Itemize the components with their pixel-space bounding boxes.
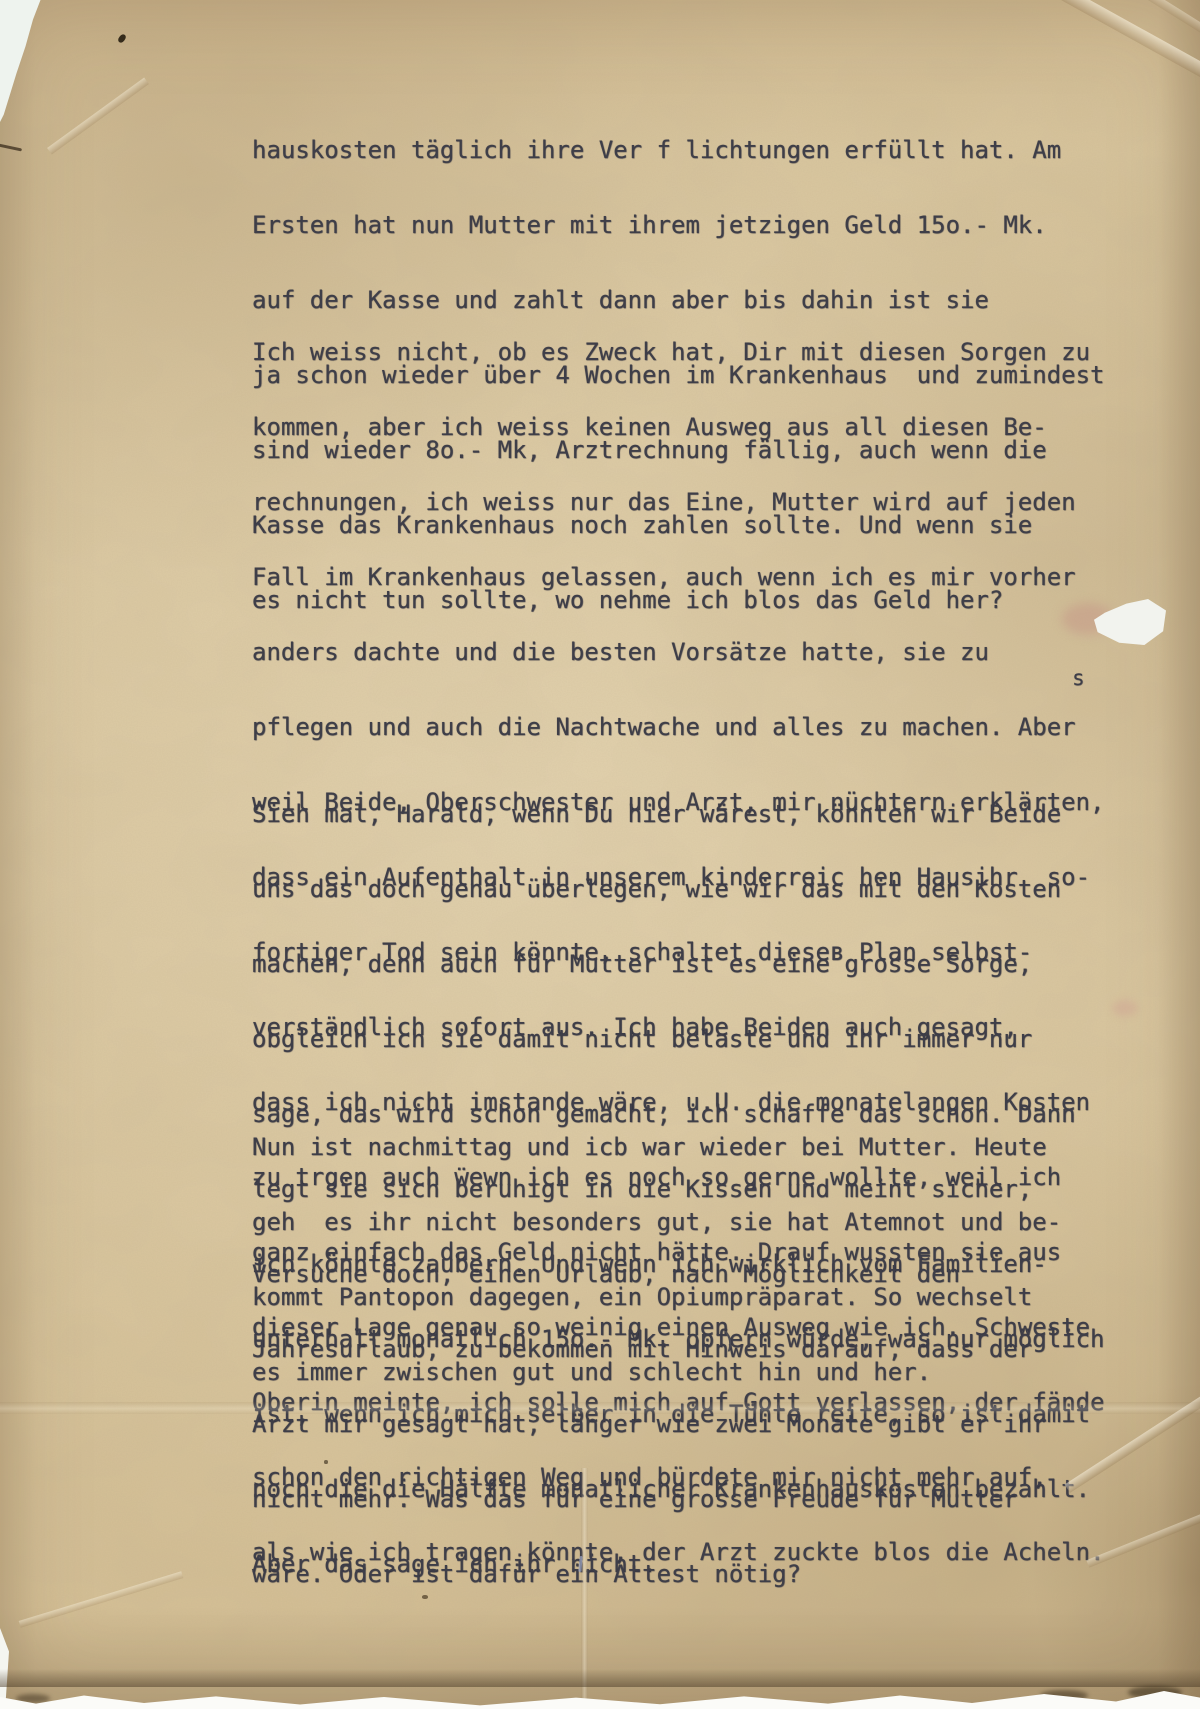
letter-line: Fall im Krankenhaus gelassen, auch wenn … — [252, 565, 1105, 590]
letter-line: Arzt mir gesagt hat, länger wie zwei Mon… — [252, 1412, 1047, 1437]
letter-line: Versuche doch, einen Urlaub, nach Möglic… — [252, 1262, 1047, 1287]
letter-line: uns das doch genau überlegen, wie wir da… — [252, 877, 1105, 902]
pink-smudge-small — [1112, 1000, 1138, 1016]
letter-line: anders dachte und die besten Vorsätze ha… — [252, 640, 1105, 665]
letter-line: hauskosten täglich ihre Ver f lichtungen… — [252, 138, 1105, 163]
letter-line: pflegen und auch die Nachtwache und alle… — [252, 715, 1105, 740]
bottom-edge-shadow — [0, 1669, 1200, 1687]
letter-line: Nun ist nachmittag und icb war wieder be… — [252, 1135, 1061, 1160]
letter-text-layer: hauskosten täglich ihre Ver f lichtungen… — [0, 0, 1200, 1709]
paper-speck — [422, 1595, 428, 1599]
paragraph-vacation-request: Versuche doch, einen Urlaub, nach Möglic… — [252, 1212, 1047, 1637]
letter-line: obgleich ich sie damit nicht belaste und… — [252, 1027, 1105, 1052]
letter-line: machen, denn auch für Mutter ist es eine… — [252, 952, 1105, 977]
letter-line: Sieh mal, Harald, wenn Du hier wärest, k… — [252, 802, 1105, 827]
letter-line: nicht mehr. Was das für eine grosse Freu… — [252, 1487, 1047, 1512]
letter-line: Ich weiss nicht, ob es Zweck hat, Dir mi… — [252, 340, 1105, 365]
letter-line: rechnungen, ich weiss nur das Eine, Mutt… — [252, 490, 1105, 515]
letter-line: kommen, aber ich weiss keinen Ausweg aus… — [252, 415, 1105, 440]
letter-line: Jahresurlaub, zu bekommen mit Hinweis da… — [252, 1337, 1047, 1362]
letter-line: wäre. Oder ist dafür ein Attest nötig? — [252, 1562, 1047, 1587]
letter-line: Ersten hat nun Mutter mit ihrem jetzigen… — [252, 213, 1105, 238]
overstrike-superscript-s: s — [1072, 668, 1085, 689]
paper-speck — [324, 1460, 328, 1464]
scanned-letter-page: { "colors": { "paper": "#d9c59e", "ink":… — [0, 0, 1200, 1709]
